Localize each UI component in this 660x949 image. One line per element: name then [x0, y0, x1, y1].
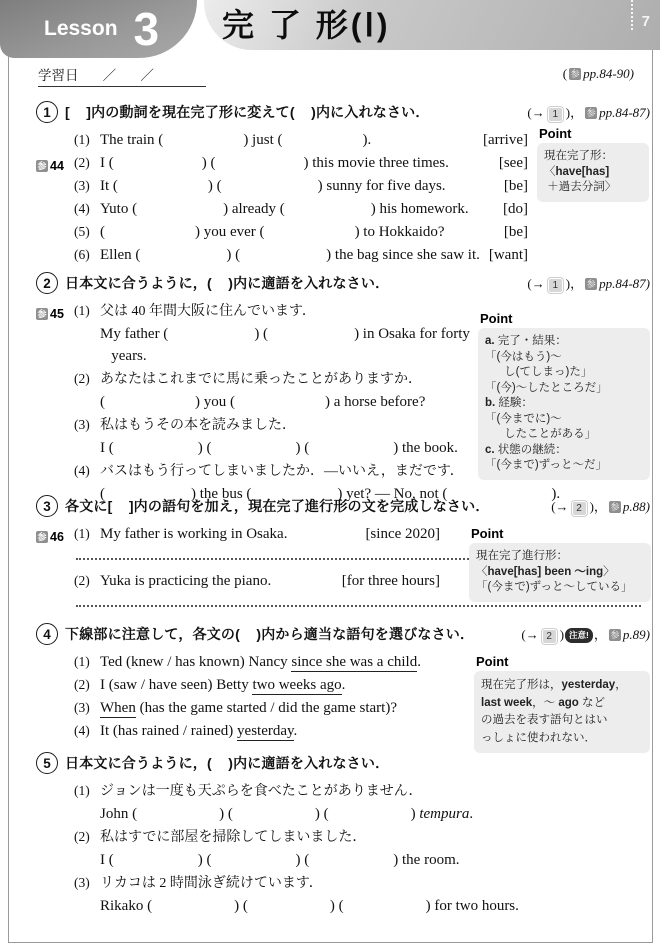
japanese-sentence: ジョンは一度も天ぷらを食べたことがありません． — [100, 781, 423, 803]
text-run: ) ( — [226, 247, 240, 263]
ref-text: )， — [566, 105, 583, 120]
section-1-items: (1)The train () just ().[arrive]参44(2)I … — [74, 129, 528, 266]
text-run: have[has] — [556, 166, 610, 178]
item-number: (3) — [74, 872, 100, 894]
underlined-phrase: since she was a child — [291, 654, 417, 672]
english-sentence: Yuto () already () his homework. — [100, 198, 503, 220]
ref-text: (→ — [521, 627, 538, 642]
verb-hint: [be] — [504, 221, 528, 243]
point-text-line: ＋過去分詞〉 — [544, 180, 642, 196]
section-number-circle: 5 — [36, 752, 58, 774]
text-run: の過去を表す語句とはい — [481, 714, 608, 726]
japanese-sentence: 父は 40 年間大阪に住んでいます． — [100, 301, 316, 323]
japanese-sentence: あなたはこれまでに馬に乗ったことがありますか． — [100, 369, 422, 391]
english-sentence-row: John () () () tempura. — [100, 803, 650, 825]
ref-text: (→ — [551, 499, 568, 514]
point-body: 現在完了進行形：〈have[has] been ～ing〉「(今まで)ずっと～し… — [469, 543, 651, 602]
point-body: 現在完了形は，yesterday，last week，～ ago などの過去を表… — [474, 671, 650, 753]
grammar-point-badge: 1 — [548, 107, 563, 122]
text-run: ago — [558, 697, 578, 709]
english-sentence-row: (1)The train () just ().[arrive] — [74, 129, 528, 151]
textbook-reference-badge: 参45 — [34, 303, 64, 325]
ref-text: ， — [594, 627, 607, 642]
point-label: Point — [476, 654, 650, 669]
section-number-circle: 1 — [36, 101, 58, 123]
text-run: John ( — [100, 806, 137, 822]
underlined-phrase: yesterday — [237, 723, 294, 741]
text-run: し(てしまっ)た」 — [485, 366, 592, 378]
text-run: ) just ( — [243, 132, 282, 148]
date-blank — [178, 64, 206, 84]
text-run: ) ( — [296, 852, 310, 868]
item-number: (4) — [74, 460, 100, 482]
point-box-3: Point現在完了進行形：〈have[has] been ～ing〉「(今まで)… — [469, 526, 651, 602]
ref-pages: p.88) — [623, 499, 650, 514]
point-text-line: 「(今)～したところだ」 — [485, 381, 643, 397]
text-run: I (saw / have seen) Betty — [100, 677, 252, 693]
section-4-header: 4 下線部に注意して，各文の( )内から適当な語句を選びなさい． (→2)注意!… — [36, 623, 650, 645]
page-number-divider — [631, 0, 633, 30]
san-reference-icon: 参 — [585, 107, 597, 119]
text-run: ) ( — [254, 326, 268, 342]
grammar-point-badge: 2 — [572, 501, 587, 516]
grammar-point-badge: 1 — [548, 278, 563, 293]
point-box-4: Point現在完了形は，yesterday，last week，～ ago など… — [474, 654, 650, 753]
item-number: (2) — [74, 826, 100, 848]
english-sentence-row: 参46(1)My father is working in Osaka.[sin… — [74, 523, 440, 545]
point-box-1: Point現在完了形：〈have[has] ＋過去分詞〉 — [537, 126, 649, 202]
english-sentence: I () () () the book. — [100, 437, 458, 459]
ref-text: (→ — [527, 276, 544, 291]
english-sentence: () you ever () to Hokkaido? — [100, 221, 504, 243]
text-run: The train ( — [100, 132, 163, 148]
text-run: ) in Osaka for forty — [354, 326, 470, 342]
problem-item: 参44(2)I () () this movie three times.[se… — [74, 152, 528, 174]
text-run: 経験： — [495, 397, 533, 409]
text-run: . — [294, 723, 298, 739]
underlined-phrase: two weeks ago — [252, 677, 341, 695]
text-run: . — [417, 654, 421, 670]
section-5-header: 5 日本文に合うように，( )内に適語を入れなさい． — [36, 752, 650, 774]
item-number: (4) — [74, 198, 100, 220]
text-run: ( — [100, 394, 105, 410]
japanese-sentence-row: (3)リカコは 2 時間泳ぎ続けています． — [74, 872, 650, 895]
english-sentence: It () () sunny for five days. — [100, 175, 504, 197]
text-run: ) his homework. — [371, 201, 469, 217]
english-sentence-row: (4)Yuto () already () his homework.[do] — [74, 198, 528, 220]
point-text-line: 〈have[has] — [544, 165, 642, 181]
ref-pages: pp.84-87) — [599, 276, 650, 291]
problem-item: (2)Yuka is practicing the piano.[for thr… — [74, 570, 440, 607]
item-number: (1) — [74, 780, 100, 802]
text-run: ) ( — [234, 898, 248, 914]
section-number-circle: 2 — [36, 272, 58, 294]
underlined-phrase: When — [100, 700, 136, 718]
text-run: ) ( — [198, 440, 212, 456]
point-text-line: 現在完了形は，yesterday， — [481, 677, 643, 695]
point-box-2: Pointa. 完了・結果：「(今はもう)～ し(てしまっ)た」「(今)～したと… — [478, 311, 650, 480]
text-run: (has the game started / did the game sta… — [136, 700, 397, 716]
text-run: . — [469, 806, 473, 822]
text-run: ) ( — [202, 155, 216, 171]
problem-item: 参46(1)My father is working in Osaka.[sin… — [74, 523, 440, 560]
ref-text: )， — [590, 499, 607, 514]
point-text-line: したことがある」 — [485, 427, 643, 443]
worksheet-page: 完 了 形(Ⅰ) 7 Lesson 3 学習日 ／ ／ (参pp.84-90) … — [0, 0, 660, 949]
text-run: ) the bag since she saw it. — [326, 247, 480, 263]
text-run: yesterday — [562, 679, 616, 691]
lesson-label: Lesson — [44, 17, 118, 41]
text-run: ) ( — [315, 806, 329, 822]
text-run: ) for two hours. — [426, 898, 519, 914]
lesson-header: Lesson 3 — [0, 0, 197, 58]
text-run: っしょに使われない． — [481, 732, 596, 744]
text-run: I ( — [100, 852, 114, 868]
section-reference: (→2)，参p.88) — [551, 496, 650, 516]
ref-text: ) — [560, 627, 564, 642]
text-run: 「(今までに)～ — [485, 413, 562, 425]
section-instruction: 下線部に注意して，各文の( )内から適当な語句を選びなさい． — [65, 624, 474, 644]
english-sentence: When (has the game started / did the gam… — [100, 697, 397, 719]
point-label: Point — [539, 126, 649, 141]
japanese-sentence: バスはもう行ってしまいましたか．―いいえ，まだです． — [100, 461, 464, 483]
ref-text: ( — [563, 66, 567, 81]
reference-number: 44 — [50, 159, 64, 173]
text-run: ) ( — [208, 178, 222, 194]
problem-item: (4)Yuto () already () his homework.[do] — [74, 198, 528, 220]
text-run: have[has] been ～ing — [488, 566, 604, 578]
ref-pages: p.89) — [623, 627, 650, 642]
san-reference-icon: 参 — [36, 160, 48, 172]
text-run: 〉 — [603, 566, 615, 578]
section-instruction: 日本文に合うように，( )内に適語を入れなさい． — [65, 753, 389, 773]
point-text-line: 「(今までに)～ — [485, 412, 643, 428]
san-reference-icon: 参 — [569, 68, 581, 80]
section-reference: (→2)注意!，参p.89) — [521, 624, 650, 644]
item-number: (2) — [74, 674, 100, 696]
text-run: Yuka is practicing the piano. — [100, 573, 271, 589]
text-run: ) a horse before? — [325, 394, 425, 410]
text-run: a. — [485, 335, 495, 347]
section-number-circle: 4 — [36, 623, 58, 645]
ref-pages: pp.84-87) — [599, 105, 650, 120]
section-5-items: (1)ジョンは一度も天ぷらを食べたことがありません．John () () () … — [74, 780, 650, 917]
english-sentence: My father is working in Osaka. — [100, 523, 365, 545]
japanese-sentence-row: (2)私はすでに部屋を掃除してしまいました． — [74, 826, 650, 849]
section-reference: (→1)，参pp.84-87) — [527, 273, 650, 293]
textbook-reference-badge: 参44 — [34, 155, 64, 177]
text-run: ). — [362, 132, 371, 148]
text-run: It (has rained / rained) — [100, 723, 237, 739]
japanese-sentence: 私はすでに部屋を掃除してしまいました． — [100, 827, 366, 849]
point-text-line: 「(今はもう)～ — [485, 350, 643, 366]
problem-item: (3)リカコは 2 時間泳ぎ続けています．Rikako () () () for… — [74, 872, 650, 917]
text-run: ) the room. — [393, 852, 459, 868]
date-slash: ／ — [103, 64, 117, 84]
problem-item: (3)It () () sunny for five days.[be] — [74, 175, 528, 197]
item-number: (2) — [74, 368, 100, 390]
text-run: ) this movie three times. — [304, 155, 449, 171]
english-sentence-row: Rikako () () () for two hours. — [100, 895, 650, 917]
text-run: 「(今はもう)～ — [485, 351, 562, 363]
english-sentence: John () () () tempura. — [100, 803, 473, 825]
text-run: 「(今)～したところだ」 — [485, 382, 608, 394]
point-body: 現在完了形：〈have[has] ＋過去分詞〉 — [537, 143, 649, 202]
text-run: ，～ — [532, 697, 558, 709]
text-run: . — [342, 677, 346, 693]
answer-line — [76, 605, 641, 607]
text-run: 現在完了形： — [544, 150, 613, 162]
text-run: 「(今まで)ずっと～だ」 — [485, 459, 607, 471]
san-reference-icon: 参 — [609, 629, 621, 641]
reference-number: 46 — [50, 530, 64, 544]
section-2-header: 2 日本文に合うように，( )内に適語を入れなさい． (→1)，参pp.84-8… — [36, 272, 650, 294]
point-text-line: a. 完了・結果： — [485, 334, 643, 350]
english-sentence: Yuka is practicing the piano. — [100, 570, 342, 592]
point-text-line: の過去を表す語句とはい — [481, 712, 643, 730]
text-run: など — [579, 697, 605, 709]
section-reference: (→1)，参pp.84-87) — [527, 102, 650, 122]
english-sentence: Rikako () () () for two hours. — [100, 895, 519, 917]
san-reference-icon: 参 — [609, 501, 621, 513]
item-number: (3) — [74, 414, 100, 436]
page-reference: (参pp.84-90) — [563, 66, 634, 82]
text-run: I ( — [100, 440, 114, 456]
english-sentence: Ted (knew / has known) Nancy since she w… — [100, 651, 421, 673]
english-sentence: The train () just (). — [100, 129, 483, 151]
point-text-line: 現在完了進行形： — [476, 549, 644, 565]
english-sentence: I (saw / have seen) Betty two weeks ago. — [100, 674, 345, 696]
japanese-sentence-row: (1)ジョンは一度も天ぷらを食べたことがありません． — [74, 780, 650, 803]
point-text-line: 〈have[has] been ～ing〉 — [476, 565, 644, 581]
text-run: ) ( — [219, 806, 233, 822]
point-body: a. 完了・結果：「(今はもう)～ し(てしまっ)た」「(今)～したところだ」b… — [478, 328, 650, 480]
text-run: Yuto ( — [100, 201, 137, 217]
english-sentence-row: (5)() you ever () to Hokkaido?[be] — [74, 221, 528, 243]
section-instruction: 日本文に合うように，( )内に適語を入れなさい． — [65, 273, 389, 293]
english-sentence-row: (2)Yuka is practicing the piano.[for thr… — [74, 570, 440, 592]
ref-pages: pp.84-90) — [583, 66, 634, 81]
text-run: ) to Hokkaido? — [355, 224, 445, 240]
point-text-line: 「(今まで)ずっと～だ」 — [485, 458, 643, 474]
text-run: ) already ( — [223, 201, 285, 217]
section-5: 5 日本文に合うように，( )内に適語を入れなさい． (1)ジョンは一度も天ぷら… — [36, 752, 650, 918]
verb-hint: [want] — [489, 244, 528, 266]
section-1-header: 1 [ ]内の動詞を現在完了形に変えて( )内に入れなさい． (→1)，参pp.… — [36, 101, 650, 123]
section-number-circle: 3 — [36, 495, 58, 517]
section-3-items: 参46(1)My father is working in Osaka.[sin… — [74, 523, 440, 607]
text-run: ) you ( — [195, 394, 235, 410]
page-number: 7 — [642, 13, 650, 30]
item-number: (1) — [74, 129, 100, 151]
item-number: (1) — [74, 651, 100, 673]
verb-hint: [do] — [503, 198, 528, 220]
section-instruction: 各文に[ ]内の語句を加え，現在完了進行形の文を完成しなさい． — [65, 496, 490, 516]
text-run: したことがある」 — [485, 428, 596, 440]
point-label: Point — [480, 311, 650, 326]
verb-hint: [arrive] — [483, 129, 528, 151]
date-slash: ／ — [140, 64, 154, 84]
item-number: (1) — [74, 300, 100, 322]
english-sentence: My father () () in Osaka for forty years… — [100, 323, 470, 367]
item-number: (1) — [74, 523, 100, 545]
item-number: (3) — [74, 697, 100, 719]
verb-hint: [for three hours] — [342, 570, 440, 592]
text-run: I ( — [100, 155, 114, 171]
english-sentence: It (has rained / rained) yesterday. — [100, 720, 297, 742]
problem-item: (6)Ellen () () the bag since she saw it.… — [74, 244, 528, 266]
reference-number: 45 — [50, 307, 64, 321]
verb-hint: [be] — [504, 175, 528, 197]
san-reference-icon: 参 — [36, 531, 48, 543]
japanese-sentence: リカコは 2 時間泳ぎ続けています． — [100, 873, 323, 895]
point-text-line: b. 経験： — [485, 396, 643, 412]
text-run: ＋過去分詞〉 — [544, 181, 616, 193]
english-sentence-row: I () () () the room. — [100, 849, 650, 871]
english-sentence: I () () this movie three times. — [100, 152, 499, 174]
point-text-line: c. 状態の継続： — [485, 443, 643, 459]
problem-item: (1)ジョンは一度も天ぷらを食べたことがありません．John () () () … — [74, 780, 650, 825]
text-run: ) you ever ( — [195, 224, 265, 240]
english-sentence: () you () a horse before? — [100, 391, 425, 413]
item-number: (4) — [74, 720, 100, 742]
text-run: ， — [615, 679, 627, 691]
text-run: ) sunny for five days. — [318, 178, 446, 194]
japanese-sentence: 私はもうその本を読みました． — [100, 415, 296, 437]
point-text-line: っしょに使われない． — [481, 730, 643, 748]
problem-item: (2)私はすでに部屋を掃除してしまいました．I () () () the roo… — [74, 826, 650, 871]
ref-text: (→ — [527, 105, 544, 120]
grammar-point-badge: 2 — [542, 629, 557, 644]
text-run: b. — [485, 397, 495, 409]
lesson-number: 3 — [134, 3, 160, 55]
text-run: Ted (knew / has known) Nancy — [100, 654, 291, 670]
text-run: ) ( — [330, 898, 344, 914]
point-text-line: し(てしまっ)た」 — [485, 365, 643, 381]
text-run: last week — [481, 697, 532, 709]
text-run: ) the book. — [393, 440, 458, 456]
problem-item: (1)The train () just ().[arrive] — [74, 129, 528, 151]
text-run: c. — [485, 444, 495, 456]
ref-text: )， — [566, 276, 583, 291]
english-sentence: I () () () the room. — [100, 849, 459, 871]
text-run: 状態の継続： — [495, 444, 567, 456]
text-run: 〈 — [544, 166, 556, 178]
english-sentence-row: (3)It () () sunny for five days.[be] — [74, 175, 528, 197]
text-run: ) ( — [296, 440, 310, 456]
text-run: years. — [100, 348, 147, 364]
point-text-line: 「(今まで)ずっと～している」 — [476, 580, 644, 596]
text-run: 完了・結果： — [495, 335, 567, 347]
title-band: 完 了 形(Ⅰ) 7 — [204, 0, 660, 50]
item-number: (2) — [74, 570, 100, 592]
item-number: (2) — [74, 152, 100, 174]
english-sentence-row: (6)Ellen () () the bag since she saw it.… — [74, 244, 528, 266]
verb-hint: [since 2020] — [365, 523, 440, 545]
text-run: It ( — [100, 178, 118, 194]
text-run: 現在完了形は， — [481, 679, 562, 691]
text-run: ) ( — [198, 852, 212, 868]
textbook-reference-badge: 参46 — [34, 526, 64, 548]
attention-badge: 注意! — [565, 628, 593, 643]
point-text-line: 現在完了形： — [544, 149, 642, 165]
item-number: (3) — [74, 175, 100, 197]
page-title: 完 了 形(Ⅰ) — [222, 0, 391, 50]
problem-item: (5)() you ever () to Hokkaido?[be] — [74, 221, 528, 243]
text-run: ( — [100, 224, 105, 240]
text-run: My father ( — [100, 326, 168, 342]
item-number: (6) — [74, 244, 100, 266]
point-label: Point — [471, 526, 651, 541]
section-instruction: [ ]内の動詞を現在完了形に変えて( )内に入れなさい． — [65, 102, 430, 122]
text-run: Rikako ( — [100, 898, 152, 914]
san-reference-icon: 参 — [585, 278, 597, 290]
san-reference-icon: 参 — [36, 308, 48, 320]
english-sentence-row: 参44(2)I () () this movie three times.[se… — [74, 152, 528, 174]
english-sentence: Ellen () () the bag since she saw it. — [100, 244, 489, 266]
section-3-header: 3 各文に[ ]内の語句を加え，現在完了進行形の文を完成しなさい． (→2)，参… — [36, 495, 650, 517]
point-text-line: last week，～ ago など — [481, 695, 643, 713]
study-date-row: 学習日 ／ ／ — [38, 64, 206, 87]
text-run: tempura — [419, 806, 469, 822]
text-run: 現在完了進行形： — [476, 550, 568, 562]
item-number: (5) — [74, 221, 100, 243]
text-run: Ellen ( — [100, 247, 140, 263]
verb-hint: [see] — [499, 152, 528, 174]
text-run: 〈 — [476, 566, 488, 578]
study-date-label: 学習日 — [38, 64, 79, 84]
text-run: My father is working in Osaka. — [100, 526, 287, 542]
text-run: 「(今まで)ずっと～している」 — [476, 581, 632, 593]
